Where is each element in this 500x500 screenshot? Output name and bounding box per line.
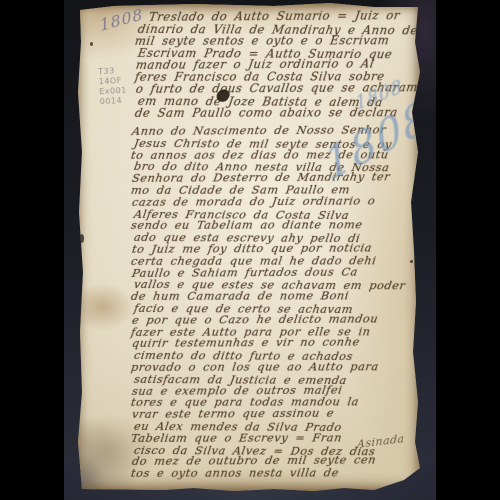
manuscript-line: quirir testemunhas e vir no conhe — [131, 337, 405, 350]
paper-speck — [90, 42, 93, 46]
paper-speck — [303, 5, 308, 8]
manuscript-line: vrar este termo que assinou e — [131, 407, 405, 420]
handwriting-paragraph-2: Anno do Nascimento de Nosso SenhorJesus … — [132, 126, 404, 480]
manuscript-line: cazas de morada do Juiz ordinario o — [131, 195, 405, 208]
manuscript-line: mil seyte sentos e oyto e o Escrivam — [134, 34, 417, 47]
manuscript-page: 1808 T33 14OF Ex001 0014 Treslado do Aut… — [74, 2, 426, 494]
manuscript-line: de hum Camarada de nome Boni — [130, 290, 403, 303]
manuscript-line: provado o con los que ao Autto para — [130, 361, 403, 374]
manuscript-line: Treslado do Autto Sumario = Juiz or — [135, 9, 419, 23]
paper-speck — [410, 260, 413, 263]
manuscript-photo: 1808 T33 14OF Ex001 0014 Treslado do Aut… — [0, 0, 500, 500]
manuscript-line: tos e oyto annos nesta villa de — [130, 467, 403, 480]
